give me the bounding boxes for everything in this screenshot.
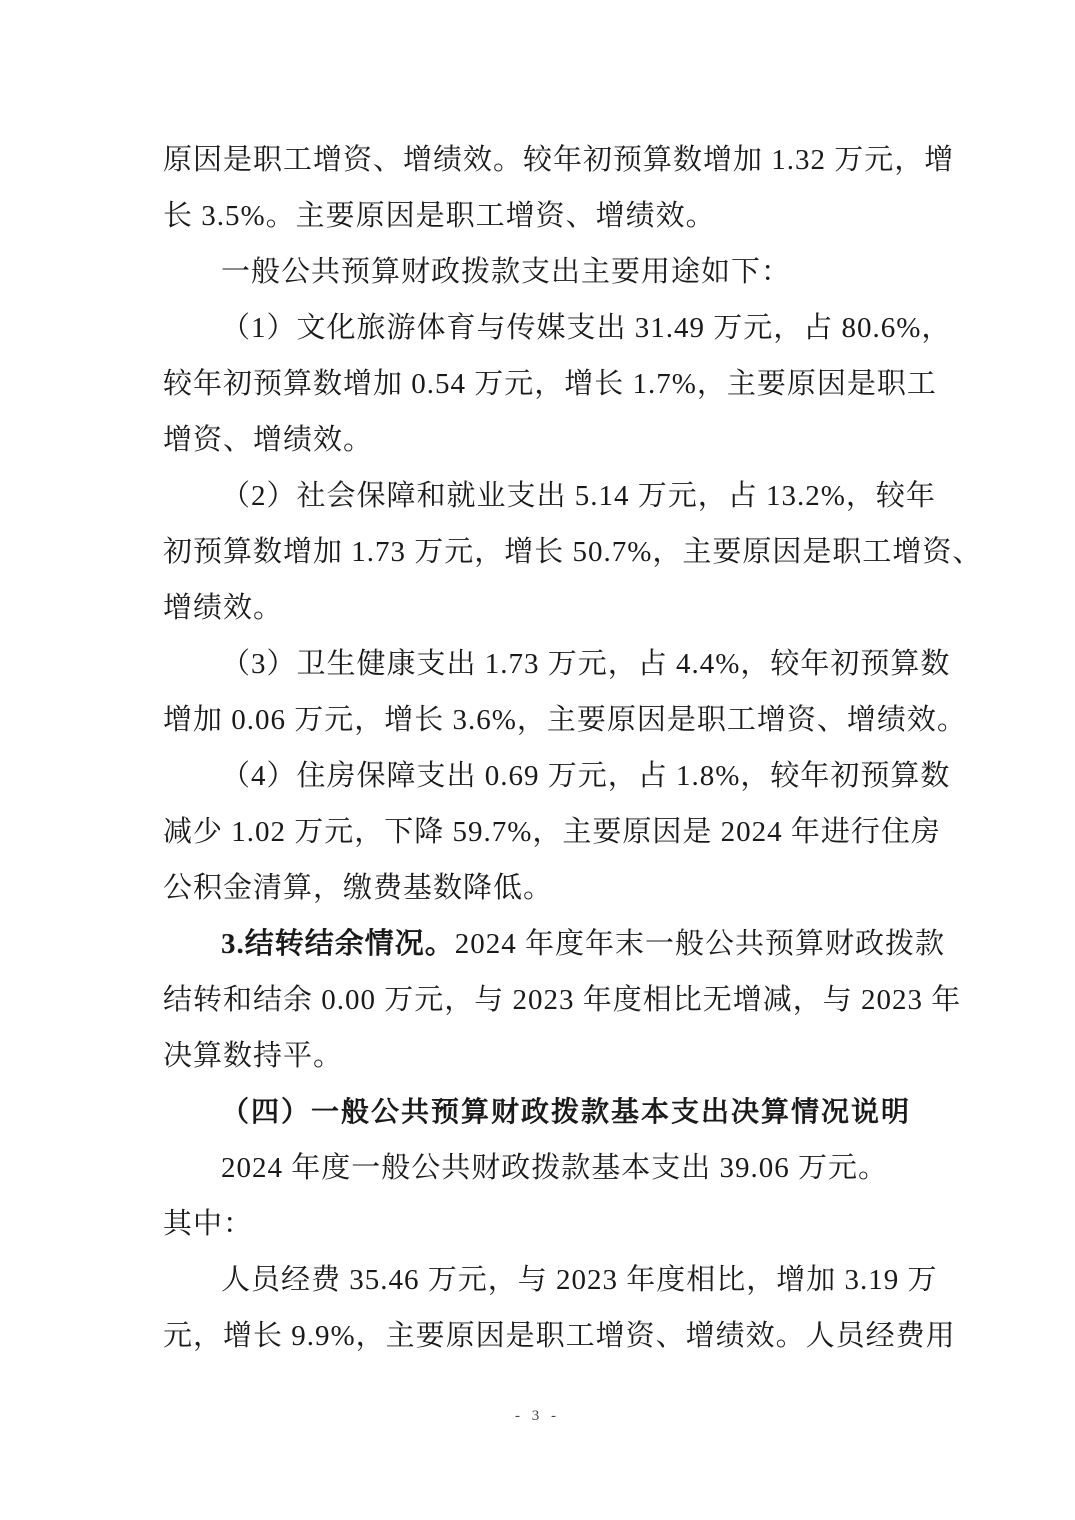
paragraph-line: 原因是职工增资、增绩效。较年初预算数增加 1.32 万元，增 (163, 140, 913, 180)
list-item-1-line: 增资、增绩效。 (163, 420, 913, 460)
list-item-4-line: 减少 1.02 万元，下降 59.7%，主要原因是 2024 年进行住房 (163, 812, 913, 852)
list-item-2-line: 增绩效。 (163, 588, 913, 628)
list-item-3-line: 增加 0.06 万元，增长 3.6%，主要原因是职工增资、增绩效。 (163, 700, 913, 740)
carryover-paragraph-line: 3.结转结余情况。2024 年度年末一般公共预算财政拨款 (163, 924, 913, 964)
document-page: 原因是职工增资、增绩效。较年初预算数增加 1.32 万元，增 长 3.5%。主要… (0, 0, 1075, 1520)
basic-expenditure-line: 2024 年度一般公共财政拨款基本支出 39.06 万元。 (163, 1148, 913, 1188)
carryover-text: 2024 年度年末一般公共预算财政拨款 (455, 928, 945, 960)
basic-expenditure-line: 其中： (163, 1204, 913, 1244)
carryover-label: 3.结转结余情况。 (221, 928, 455, 960)
carryover-paragraph-line: 决算数持平。 (163, 1036, 913, 1076)
page-number: - 3 - (0, 1408, 1075, 1425)
paragraph-line: 长 3.5%。主要原因是职工增资、增绩效。 (163, 196, 913, 236)
list-item-1-line: （1）文化旅游体育与传媒支出 31.49 万元，占 80.6%， (163, 308, 913, 348)
list-item-2-line: 初预算数增加 1.73 万元，增长 50.7%，主要原因是职工增资、 (163, 532, 913, 572)
list-item-1-line: 较年初预算数增加 0.54 万元，增长 1.7%，主要原因是职工 (163, 364, 913, 404)
list-item-3-line: （3）卫生健康支出 1.73 万元，占 4.4%，较年初预算数 (163, 644, 913, 684)
list-item-4-line: （4）住房保障支出 0.69 万元，占 1.8%，较年初预算数 (163, 756, 913, 796)
personnel-expense-line: 元，增长 9.9%，主要原因是职工增资、增绩效。人员经费用 (163, 1316, 913, 1356)
paragraph-line: 一般公共预算财政拨款支出主要用途如下： (163, 252, 913, 292)
personnel-expense-line: 人员经费 35.46 万元，与 2023 年度相比，增加 3.19 万 (163, 1260, 913, 1300)
list-item-4-line: 公积金清算，缴费基数降低。 (163, 868, 913, 908)
list-item-2-line: （2）社会保障和就业支出 5.14 万元，占 13.2%，较年 (163, 476, 913, 516)
section-heading: （四）一般公共预算财政拨款基本支出决算情况说明 (163, 1092, 913, 1132)
carryover-paragraph-line: 结转和结余 0.00 万元，与 2023 年度相比无增减，与 2023 年 (163, 980, 913, 1020)
